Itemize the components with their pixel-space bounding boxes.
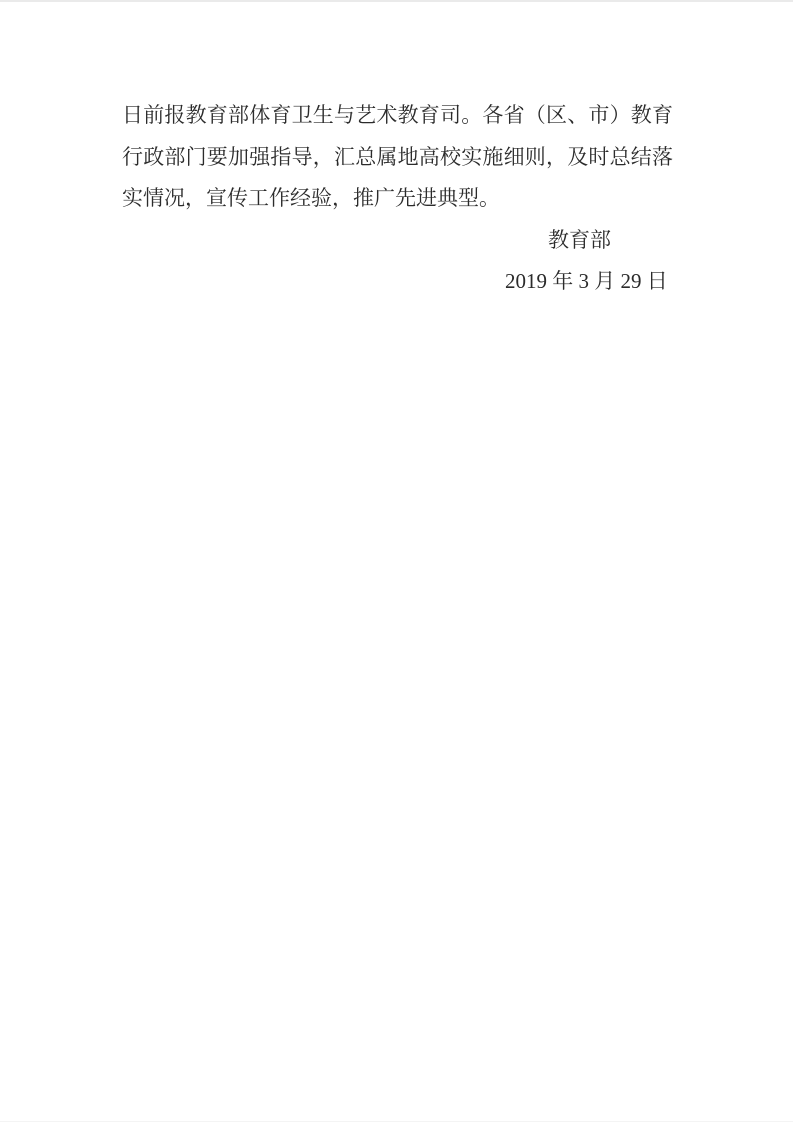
body-line-1: 日前报教育部体育卫生与艺术教育司。各省（区、市）教育	[122, 95, 673, 137]
body-line-3: 实情况，宣传工作经验，推广先进典型。	[122, 178, 673, 220]
document-page: 日前报教育部体育卫生与艺术教育司。各省（区、市）教育 行政部门要加强指导，汇总属…	[0, 0, 793, 1122]
signature-date: 2019 年 3 月 29 日	[122, 261, 673, 303]
document-text-block: 日前报教育部体育卫生与艺术教育司。各省（区、市）教育 行政部门要加强指导，汇总属…	[122, 95, 673, 303]
scan-edge-top-line	[0, 0, 793, 2]
signature-org: 教育部	[122, 220, 673, 262]
body-line-2: 行政部门要加强指导，汇总属地高校实施细则，及时总结落	[122, 137, 673, 179]
